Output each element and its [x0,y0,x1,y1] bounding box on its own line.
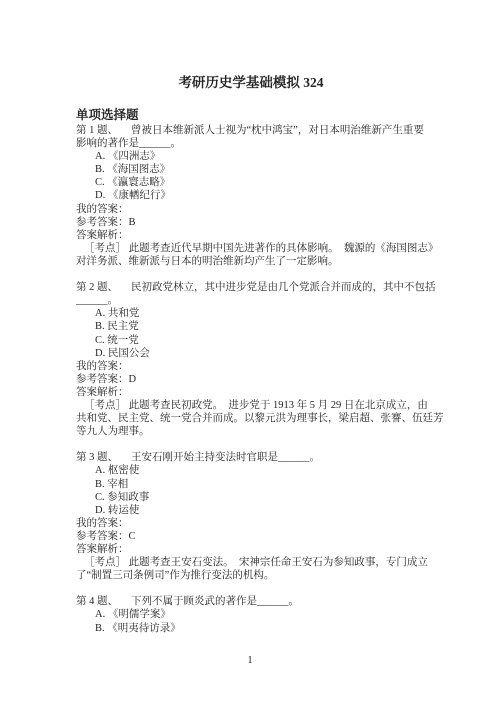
explanation-line: ［考点］ 此题考查王安石变法。 宋神宗任命王安石为参知政事，专门成立 [76,556,426,569]
my-answer-label: 我的答案： [76,203,426,216]
option-a: A. 共和党 [76,307,426,320]
my-answer-label: 我的答案： [76,360,426,373]
reference-answer-row: 参考答案：B [76,216,426,229]
explanation-line: 等九人为理事。 [76,425,426,438]
question-number: 第 4 题、 [76,596,118,607]
option-b: B. 民主党 [76,320,426,333]
option-b: B. 宰相 [76,478,426,491]
question-block-4: 第 4 题、下列不属于顾炎武的著作是______。 A. 《明儒学案》 B. 《… [76,595,426,634]
question-block-2: 第 2 题、民初政党林立，其中进步党是由几个党派合并而成的，其中不包括 ____… [76,281,426,438]
explanation-label: 答案解析： [76,229,426,242]
option-a: A. 《明儒学案》 [76,608,426,621]
reference-answer-row: 参考答案：D [76,373,426,386]
question-block-1: 第 1 题、曾被日本维新派人士视为“枕中鸿宝”，对日本明治维新产生重要 影响的著… [76,124,426,268]
question-stem-text: 下列不属于顾炎武的著作是______。 [131,596,299,607]
option-a: A. 《四洲志》 [76,150,426,163]
question-number: 第 2 题、 [76,282,118,293]
question-stem-continuation: 影响的著作是______。 [76,137,426,150]
explanation-line: 了“制置三司条例司”作为推行变法的机构。 [76,569,426,582]
section-heading: 单项选择题 [76,109,426,122]
reference-answer-label: 参考答案： [76,374,129,385]
question-stem-continuation: ______。 [76,294,426,307]
option-d: D. 转运使 [76,504,426,517]
my-answer-label: 我的答案： [76,517,426,530]
explanation-line: 对洋务派、维新派与日本的明治维新均产生了一定影响。 [76,255,426,268]
reference-answer-value: B [129,217,136,228]
reference-answer-value: C [129,531,136,542]
question-stem-text: 民初政党林立，其中进步党是由几个党派合并而成的，其中不包括 [131,282,436,293]
explanation-label: 答案解析： [76,386,426,399]
reference-answer-label: 参考答案： [76,531,129,542]
reference-answer-value: D [129,374,137,385]
explanation-line: ［考点］ 此题考查近代早期中国先进著作的具体影响。 魏源的《海国图志》 [76,242,426,255]
question-stem-text: 曾被日本维新派人士视为“枕中鸿宝”，对日本明治维新产生重要 [131,125,424,136]
question-stem: 第 2 题、民初政党林立，其中进步党是由几个党派合并而成的，其中不包括 [76,281,426,294]
explanation-line: ［考点］ 此题考查民初政党。 进步党于 1913 年 5 月 29 日在北京成立… [76,399,426,412]
page-number: 1 [0,654,500,667]
option-b: B. 《海国图志》 [76,163,426,176]
question-stem: 第 1 题、曾被日本维新派人士视为“枕中鸿宝”，对日本明治维新产生重要 [76,124,426,137]
explanation-line: 共和党、民主党、统一党合并而成。以黎元洪为理事长，梁启超、张謇、伍廷芳 [76,412,426,425]
option-a: A. 枢密使 [76,464,426,477]
option-d: D. 《康輶纪行》 [76,189,426,202]
question-stem-text: 王安石刚开始主持变法时官职是______。 [131,452,320,463]
option-b: B. 《明夷待访录》 [76,622,426,635]
page-title: 考研历史学基础模拟 324 [76,75,426,91]
reference-answer-label: 参考答案： [76,217,129,228]
option-c: C. 参知政事 [76,491,426,504]
option-c: C. 《瀛寰志略》 [76,176,426,189]
question-block-3: 第 3 题、王安石刚开始主持变法时官职是______。 A. 枢密使 B. 宰相… [76,451,426,582]
option-c: C. 统一党 [76,334,426,347]
question-number: 第 3 题、 [76,452,118,463]
explanation-label: 答案解析： [76,543,426,556]
question-stem: 第 4 题、下列不属于顾炎武的著作是______。 [76,595,426,608]
question-number: 第 1 题、 [76,125,118,136]
question-stem: 第 3 题、王安石刚开始主持变法时官职是______。 [76,451,426,464]
document-page: 考研历史学基础模拟 324 单项选择题 第 1 题、曾被日本维新派人士视为“枕中… [0,0,500,707]
document-content: 考研历史学基础模拟 324 单项选择题 第 1 题、曾被日本维新派人士视为“枕中… [76,0,426,635]
reference-answer-row: 参考答案：C [76,530,426,543]
option-d: D. 民国公会 [76,347,426,360]
